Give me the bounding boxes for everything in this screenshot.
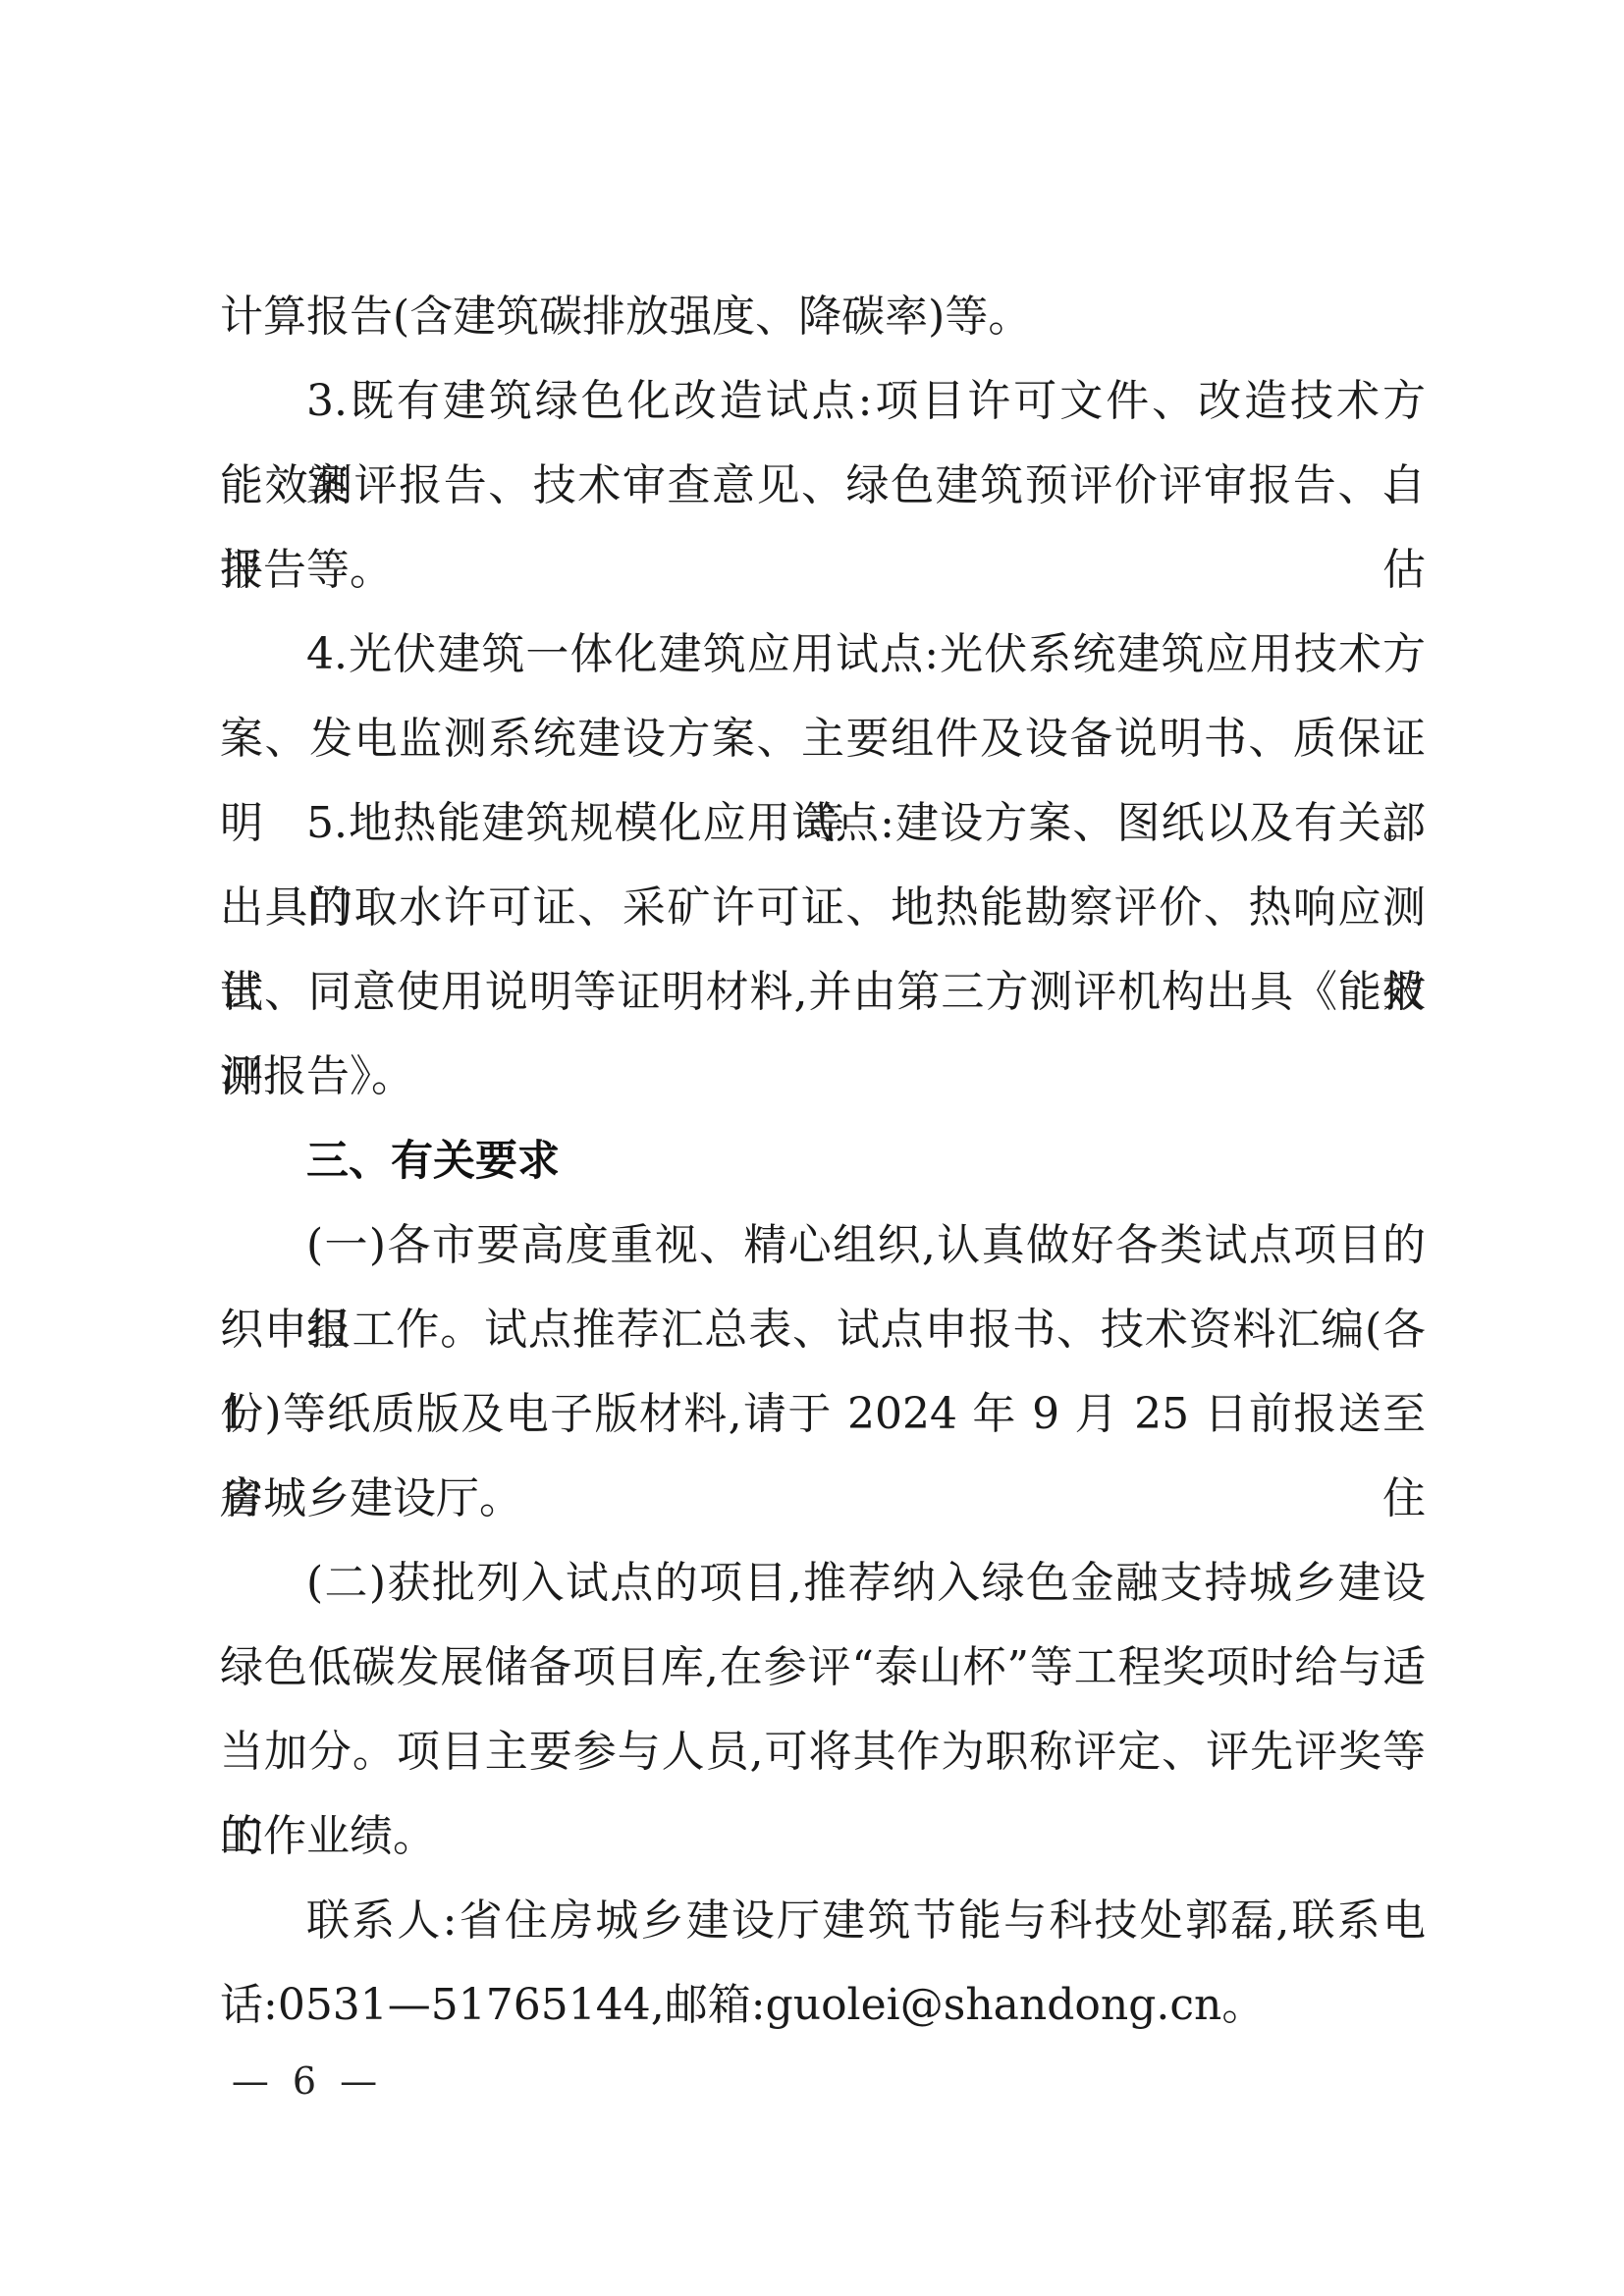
text-line: 告、同意使用说明等证明材料,并由第三方测评机构出具《能效测 xyxy=(220,950,1426,1035)
section-heading: 三、有关要求 xyxy=(220,1119,1426,1203)
text-line: 5.地热能建筑规模化应用试点:建设方案、图纸以及有关部门 xyxy=(220,781,1426,866)
text-line: 织申报工作。试点推荐汇总表、试点申报书、技术资料汇编(各 1 xyxy=(220,1288,1426,1372)
document-page: 计算报告(含建筑碳排放强度、降碳率)等。3.既有建筑绿色化改造试点:项目许可文件… xyxy=(0,0,1624,2296)
text-line: 联系人:省住房城乡建设厅建筑节能与科技处郭磊,联系电 xyxy=(220,1879,1426,1963)
text-line: 评报告》。 xyxy=(220,1035,1426,1119)
page-number: — 6 — xyxy=(220,2059,395,2103)
text-line: 能效测评报告、技术审查意见、绿色建筑预评价评审报告、自评估 xyxy=(220,444,1426,528)
text-line: 3.既有建筑绿色化改造试点:项目许可文件、改造技术方案、 xyxy=(220,359,1426,444)
text-line: 案、发电监测系统建设方案、主要组件及设备说明书、质保证明等。 xyxy=(220,697,1426,781)
text-line: 话:0531—51765144,邮箱:guolei@shandong.cn。 xyxy=(220,1963,1426,2048)
text-line: (二)获批列入试点的项目,推荐纳入绿色金融支持城乡建设 xyxy=(220,1541,1426,1626)
text-line: 出具的取水许可证、采矿许可证、地热能勘察评价、热响应测试报 xyxy=(220,866,1426,950)
text-line: 当加分。项目主要参与人员,可将其作为职称评定、评先评奖等的 xyxy=(220,1710,1426,1794)
text-line: (一)各市要高度重视、精心组织,认真做好各类试点项目的组 xyxy=(220,1203,1426,1288)
text-line: 计算报告(含建筑碳排放强度、降碳率)等。 xyxy=(220,275,1426,359)
text-line: 绿色低碳发展储备项目库,在参评“泰山杯”等工程奖项时给与适 xyxy=(220,1626,1426,1710)
text-line: 工作业绩。 xyxy=(220,1794,1426,1879)
text-line: 4.光伏建筑一体化建筑应用试点:光伏系统建筑应用技术方 xyxy=(220,613,1426,697)
text-line: 份)等纸质版及电子版材料,请于 2024 年 9 月 25 日前报送至省住 xyxy=(220,1372,1426,1457)
document-body: 计算报告(含建筑碳排放强度、降碳率)等。3.既有建筑绿色化改造试点:项目许可文件… xyxy=(220,275,1426,2048)
